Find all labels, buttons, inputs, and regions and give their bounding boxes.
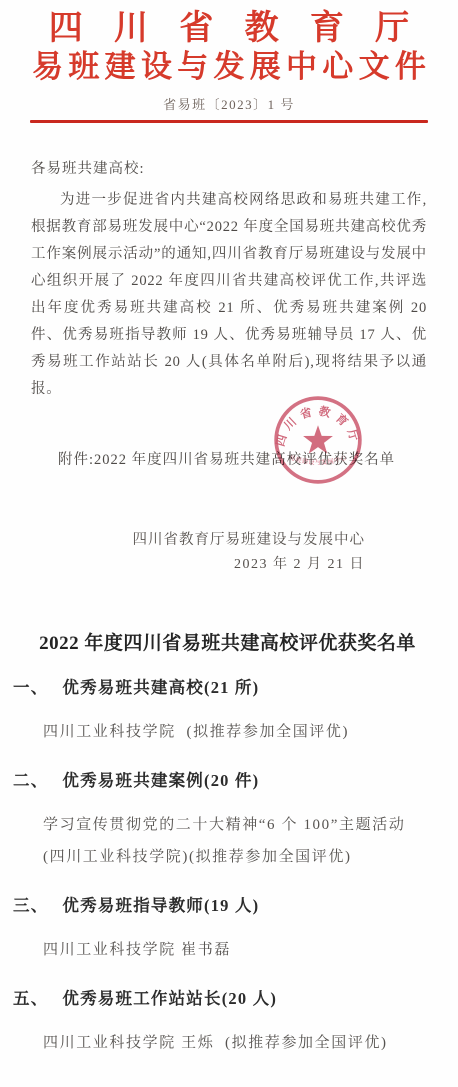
list-item: 四川工业科技学院 (拟推荐参加全国评优) — [43, 716, 442, 748]
section-items: 四川工业科技学院 (拟推荐参加全国评优) — [13, 716, 442, 748]
letterhead: 四川省教育厅 易班建设与发展中心文件 省易班〔2023〕1 号 — [0, 0, 458, 123]
section-heading: 二、优秀易班共建案例(20 件) — [13, 770, 442, 792]
award-section-1: 一、优秀易班共建高校(21 所) 四川工业科技学院 (拟推荐参加全国评优) — [13, 677, 442, 748]
red-divider-rule — [30, 120, 428, 123]
section-label: 三、 — [13, 896, 48, 915]
section-items: 四川工业科技学院 崔书磊 — [13, 934, 442, 966]
section-items: 学习宣传贯彻党的二十大精神“6 个 100”主题活动 (四川工业科技学院)(拟推… — [13, 809, 442, 873]
list-item: 学习宣传贯彻党的二十大精神“6 个 100”主题活动 — [43, 809, 442, 841]
award-section-5: 五、优秀易班工作站站长(20 人) 四川工业科技学院 王烁 (拟推荐参加全国评优… — [13, 988, 442, 1059]
section-heading-text: 优秀易班工作站站长(20 人) — [62, 989, 277, 1008]
section-label: 五、 — [13, 989, 48, 1008]
signature-org: 四川省教育厅易班建设与发展中心 — [31, 529, 365, 551]
section-label: 二、 — [13, 771, 48, 790]
document-page: 四川省教育厅 易班建设与发展中心文件 省易班〔2023〕1 号 各易班共建高校:… — [0, 0, 458, 1087]
section-heading: 三、优秀易班指导教师(19 人) — [13, 895, 442, 917]
signature-block: 四川省教育厅易班建设与发展中心 2023 年 2 月 21 日 — [31, 529, 427, 576]
signature-date: 2023 年 2 月 21 日 — [31, 554, 365, 576]
section-heading-text: 优秀易班共建高校(21 所) — [62, 678, 259, 697]
section-heading: 一、优秀易班共建高校(21 所) — [13, 677, 442, 699]
agency-name-line1: 四川省教育厅 — [0, 10, 458, 48]
section-heading: 五、优秀易班工作站站长(20 人) — [13, 988, 442, 1010]
award-section-3: 三、优秀易班指导教师(19 人) 四川工业科技学院 崔书磊 — [13, 895, 442, 966]
award-list: 2022 年度四川省易班共建高校评优获奖名单 一、优秀易班共建高校(21 所) … — [0, 628, 458, 1087]
main-paragraph: 为进一步促进省内共建高校网络思政和易班共建工作,根据教育部易班发展中心“2022… — [31, 187, 427, 403]
salutation: 各易班共建高校: — [31, 158, 427, 180]
list-item: (四川工业科技学院)(拟推荐参加全国评优) — [43, 841, 442, 873]
document-number: 省易班〔2023〕1 号 — [0, 94, 458, 113]
document-body: 各易班共建高校: 为进一步促进省内共建高校网络思政和易班共建工作,根据教育部易班… — [0, 158, 458, 576]
section-heading-text: 优秀易班共建案例(20 件) — [62, 771, 259, 790]
list-item: 四川工业科技学院 崔书磊 — [43, 934, 442, 966]
attachment-note: 附件:2022 年度四川省易班共建高校评优获奖名单 — [31, 449, 427, 471]
section-label: 一、 — [13, 678, 48, 697]
award-list-title: 2022 年度四川省易班共建高校评优获奖名单 — [13, 628, 442, 655]
agency-name-line2: 易班建设与发展中心文件 — [0, 49, 458, 85]
award-section-2: 二、优秀易班共建案例(20 件) 学习宣传贯彻党的二十大精神“6 个 100”主… — [13, 770, 442, 873]
list-item: 四川工业科技学院 王烁 (拟推荐参加全国评优) — [43, 1027, 442, 1059]
section-heading-text: 优秀易班指导教师(19 人) — [62, 896, 259, 915]
section-items: 四川工业科技学院 王烁 (拟推荐参加全国评优) — [13, 1027, 442, 1059]
